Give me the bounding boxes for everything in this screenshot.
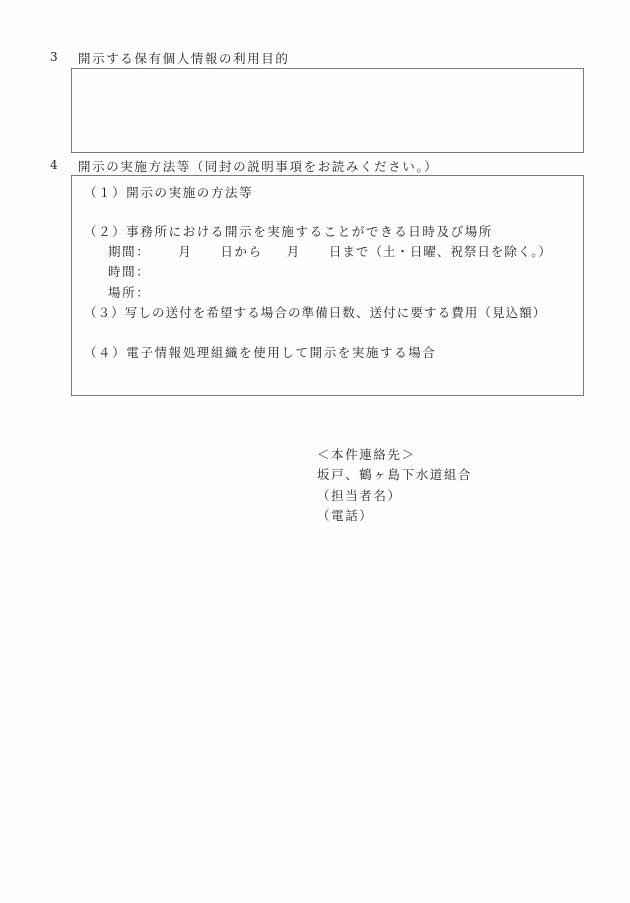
contact-person: （担当者名）	[317, 486, 402, 504]
purpose-box[interactable]	[71, 68, 584, 153]
contact-heading: ＜本件連絡先＞	[317, 445, 416, 463]
contact-phone: （電話）	[317, 506, 373, 524]
from-text: 日から	[220, 244, 262, 259]
until-text: 日まで（土・日曜、祝祭日を除く。）	[329, 244, 552, 259]
time-label: 時間：	[108, 262, 150, 280]
section4-number: 4	[50, 158, 58, 172]
item-2: （２）事務所における開示を実施することができる日時及び場所	[84, 222, 493, 240]
item-4: （４）電子情報処理組織を使用して開示を実施する場合	[84, 343, 437, 361]
item-3: （３）写しの送付を希望する場合の準備日数、送付に要する費用（見込額）	[84, 303, 546, 321]
section3-title: 開示する保有個人情報の利用目的	[78, 49, 290, 67]
section3-number: 3	[50, 50, 58, 64]
month-1: 月	[178, 244, 192, 259]
contact-org: 坂戸、鶴ヶ島下水道組合	[317, 465, 472, 483]
place-label: 場所：	[108, 283, 150, 301]
period-label: 期間：	[108, 244, 150, 259]
period-row: 期間：月日から月日まで（土・日曜、祝祭日を除く。）	[108, 242, 552, 260]
section4-title: 開示の実施方法等（同封の説明事項をお読みください。）	[78, 157, 438, 175]
item-1: （１）開示の実施の方法等	[84, 183, 253, 201]
month-2: 月	[287, 244, 301, 259]
